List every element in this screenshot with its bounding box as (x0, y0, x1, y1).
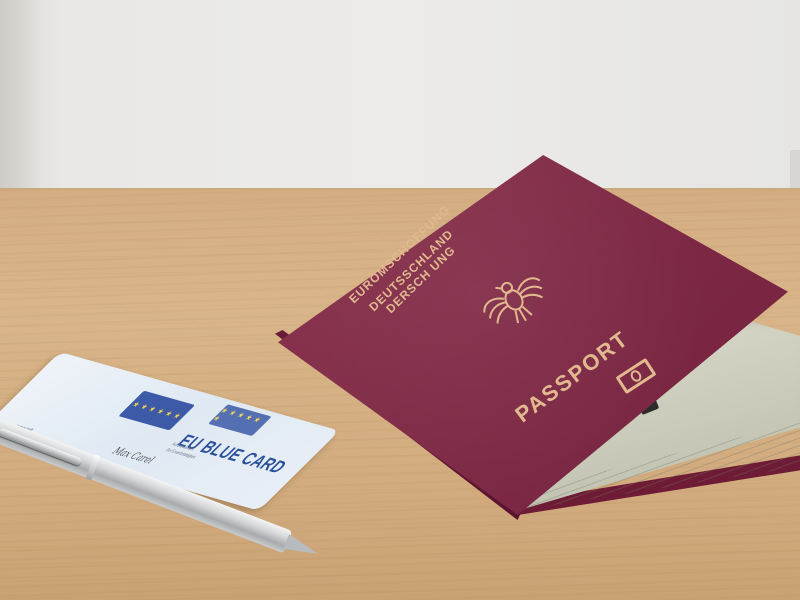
eu-stars: ★ ★ ★ ★ ★ ★ (118, 391, 195, 431)
photo-scene: ★ ★ ★ ★ ★ ★ ★ ★ ★ ★ ★ ★ EU BLUE CARD Auf… (0, 0, 800, 600)
background-wall (0, 0, 800, 192)
eu-stars-secondary: ★ ★ ★ ★ ★ ★ (208, 404, 272, 436)
wall-shadow (0, 0, 40, 192)
eu-flag-icon: ★ ★ ★ ★ ★ ★ (118, 391, 195, 431)
eu-flag-icon-secondary: ★ ★ ★ ★ ★ ★ (208, 404, 272, 436)
